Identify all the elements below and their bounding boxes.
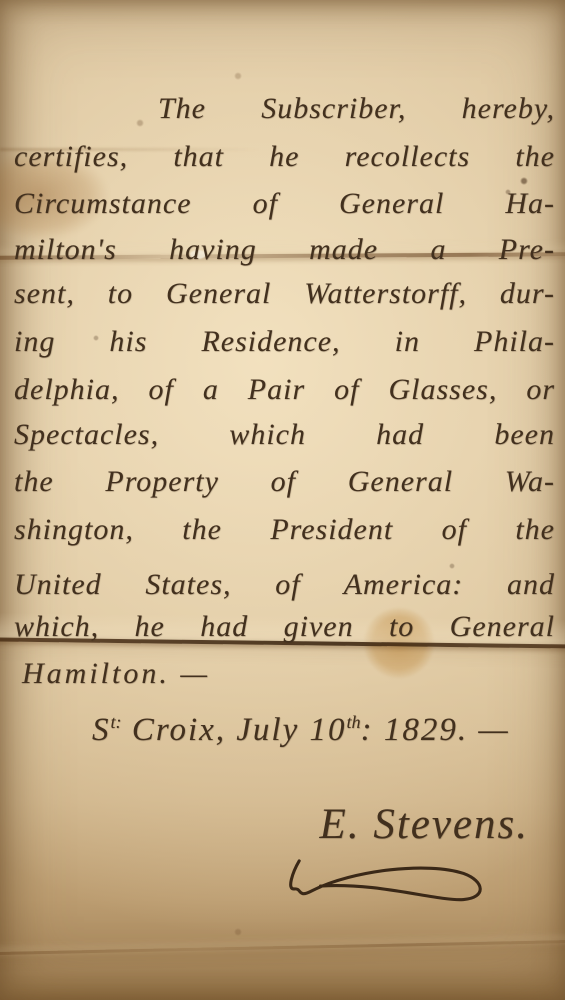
manuscript-line: delphia, of a Pair of Glasses, or: [14, 373, 555, 407]
manuscript-line: Hamilton. —: [22, 657, 555, 691]
dateline-text: : 1829. —: [361, 712, 510, 748]
manuscript-line: ing his Residence, in Phila-: [14, 325, 555, 359]
manuscript-line: Circumstance of General Ha-: [14, 187, 555, 221]
bottom-crease: [0, 940, 565, 955]
manuscript-line: shington, the President of the: [14, 513, 555, 547]
signature: E. Stevens.: [320, 800, 529, 849]
manuscript-line: certifies, that he recollects the: [14, 140, 555, 174]
dateline-text: S: [92, 712, 111, 748]
manuscript-line: which, he had given to General: [14, 610, 555, 644]
manuscript-line: The Subscriber, hereby,: [158, 92, 555, 126]
manuscript-line: milton's having made a Pre-: [14, 233, 555, 267]
dateline-superscript: t:: [111, 712, 122, 732]
signature-flourish-icon: [283, 858, 501, 916]
manuscript-line: the Property of General Wa-: [14, 465, 555, 499]
dateline: St: Croix, July 10th: 1829. —: [92, 712, 510, 749]
dateline-superscript: th: [347, 712, 361, 732]
manuscript-line: United States, of America: and: [14, 568, 555, 602]
manuscript-line: Spectacles, which had been: [14, 418, 555, 452]
manuscript-line: sent, to General Watterstorff, dur-: [14, 277, 555, 311]
dateline-text: Croix, July 10: [122, 712, 347, 748]
letter-page: The Subscriber, hereby, certifies, that …: [0, 0, 565, 1000]
